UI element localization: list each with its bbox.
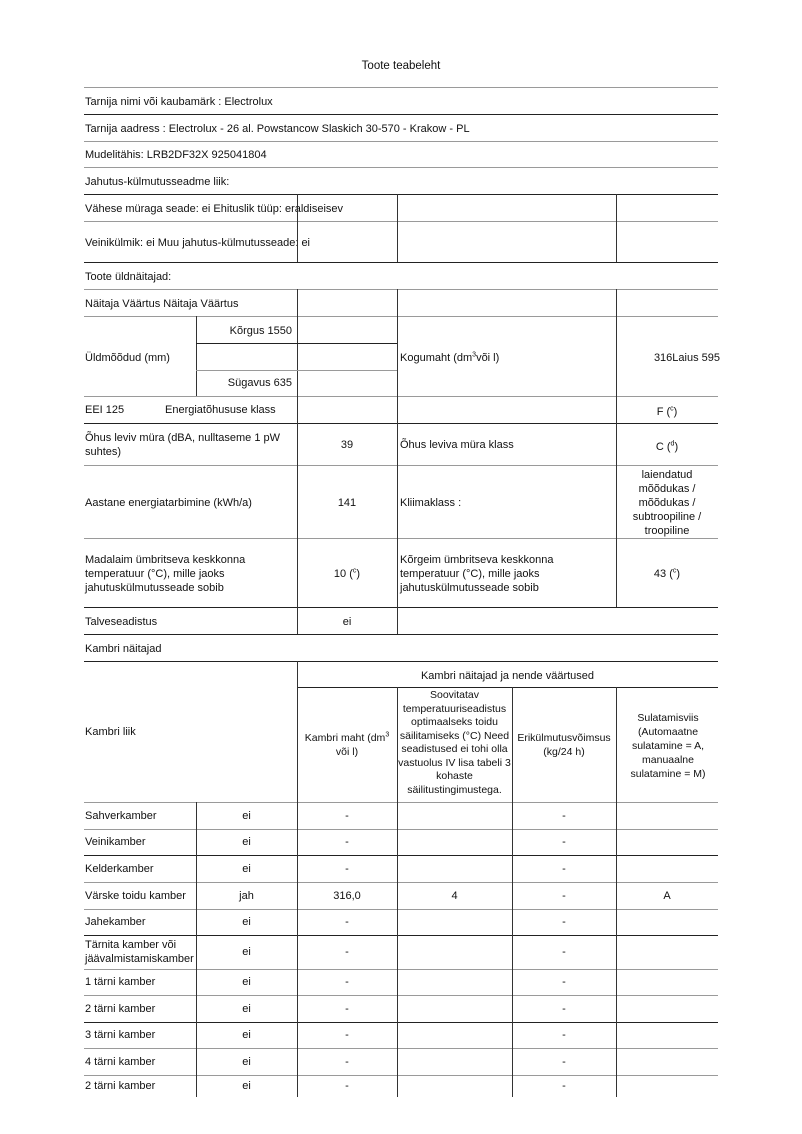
cell-name: 3 tärni kamber — [85, 1028, 195, 1042]
cell-freeze: - — [512, 975, 616, 989]
cell-present: ei — [196, 862, 297, 876]
cell-present: ei — [196, 915, 297, 929]
cell-volume: - — [297, 1055, 397, 1069]
cell-volume: 316,0 — [297, 889, 397, 903]
min-temp-value: 10 (c) — [297, 567, 397, 581]
cell-volume: - — [297, 835, 397, 849]
compartment-heading: Kambri näitajad — [85, 642, 161, 656]
cell-name: Tärnita kamber või jäävalmistamiskamber — [85, 938, 195, 966]
cell-volume: - — [297, 862, 397, 876]
cell-volume: - — [297, 1002, 397, 1016]
energy-class-label: Energiatõhususe klass — [165, 403, 276, 417]
cell-present: jah — [196, 889, 297, 903]
noise-class-label: Õhus leviva müra klass — [400, 438, 514, 452]
cell-freeze: - — [512, 809, 616, 823]
cell-volume: - — [297, 1079, 397, 1093]
cell-present: ei — [196, 1055, 297, 1069]
compartment-type-label: Kambri liik — [85, 725, 136, 739]
cell-freeze: - — [512, 1079, 616, 1093]
general-header-row: Näitaja Väärtus Näitaja Väärtus — [85, 297, 238, 311]
cell-name: 1 tärni kamber — [85, 975, 195, 989]
divider — [84, 538, 718, 539]
divider — [84, 661, 718, 662]
winter-value: ei — [297, 615, 397, 629]
cell-volume: - — [297, 975, 397, 989]
noise-value: 39 — [297, 438, 397, 452]
model-id: Mudelitähis: LRB2DF32X 925041804 — [85, 148, 267, 162]
col-freeze-header: Erikülmutusvõimsus (kg/24 h) — [512, 731, 616, 759]
dimensions-label: Üldmõõdud (mm) — [85, 351, 170, 365]
divider — [84, 262, 718, 263]
cell-freeze: - — [512, 1002, 616, 1016]
divider — [84, 141, 718, 142]
cell-volume: - — [297, 809, 397, 823]
min-temp-label: Madalaim ümbritseva keskkonna temperatuu… — [85, 553, 290, 595]
climate-class-label: Kliimaklass : — [400, 496, 461, 510]
cell-present: ei — [196, 1079, 297, 1093]
cell-name: Kelderkamber — [85, 862, 195, 876]
cell-name: 2 tärni kamber — [85, 1002, 195, 1016]
divider — [84, 316, 718, 317]
cell-freeze: - — [512, 915, 616, 929]
page-title: Toote teabeleht — [0, 60, 802, 72]
cell-freeze: - — [512, 1028, 616, 1042]
divider — [84, 396, 718, 397]
cell-freeze: - — [512, 889, 616, 903]
cell-freeze: - — [512, 835, 616, 849]
cell-name: Veinikamber — [85, 835, 195, 849]
height-value: Kõrgus 1550 — [200, 324, 292, 338]
divider — [84, 634, 718, 635]
cell-name: 2 tärni kamber — [85, 1079, 195, 1093]
cell-present: ei — [196, 835, 297, 849]
cell-present: ei — [196, 1028, 297, 1042]
divider — [84, 87, 718, 88]
cell-present: ei — [196, 975, 297, 989]
divider — [84, 802, 718, 803]
annual-energy-value: 141 — [297, 496, 397, 510]
cell-volume: - — [297, 915, 397, 929]
cell-name: 4 tärni kamber — [85, 1055, 195, 1069]
divider — [84, 289, 718, 290]
max-temp-value: 43 (c) — [616, 567, 718, 581]
cell-freeze: - — [512, 945, 616, 959]
type-row-1: Vähese müraga seade: ei Ehituslik tüüp: … — [85, 202, 343, 216]
cell-temp: 4 — [397, 889, 512, 903]
col-volume-header: Kambri maht (dm3 või l) — [297, 731, 397, 759]
total-volume-label: Kogumaht (dm3või l) — [400, 351, 499, 365]
cell-present: ei — [196, 809, 297, 823]
cell-name: Värske toidu kamber — [85, 889, 195, 903]
cell-freeze: - — [512, 862, 616, 876]
appliance-type-heading: Jahutus-külmutusseadme liik: — [85, 175, 229, 189]
depth-value: Sügavus 635 — [200, 376, 292, 390]
divider — [84, 167, 718, 168]
climate-class-value: laiendatud mõõdukas / mõõdukas / subtroo… — [618, 468, 716, 538]
type-row-2: Veinikülmik: ei Muu jahutus-külmutussead… — [85, 236, 310, 250]
total-volume-value: 316Laius 595 — [620, 351, 720, 365]
general-heading: Toote üldnäitajad: — [85, 270, 171, 284]
divider — [84, 221, 718, 222]
cell-present: ei — [196, 945, 297, 959]
divider — [84, 194, 718, 195]
energy-class-value: F (c) — [616, 405, 718, 419]
cell-defrost: A — [616, 889, 718, 903]
cell-freeze: - — [512, 1055, 616, 1069]
cell-volume: - — [297, 1028, 397, 1042]
max-temp-label: Kõrgeim ümbritseva keskkonna temperatuur… — [400, 553, 610, 595]
col-defrost-header: Sulatamisviis (Automaatne sulatamine = A… — [620, 711, 716, 781]
divider — [84, 465, 718, 466]
supplier-name: Tarnija nimi või kaubamärk : Electrolux — [85, 95, 273, 109]
winter-label: Talveseadistus — [85, 615, 157, 629]
cell-name: Jahekamber — [85, 915, 195, 929]
col-temp-header: Soovitatav temperatuuriseadistus optimaa… — [397, 689, 512, 797]
compartment-group-header: Kambri näitajad ja nende väärtused — [297, 669, 718, 683]
supplier-address: Tarnija aadress : Electrolux - 26 al. Po… — [85, 122, 470, 136]
divider — [84, 607, 718, 608]
annual-energy-label: Aastane energiatarbimine (kWh/a) — [85, 496, 252, 510]
divider — [84, 423, 718, 424]
divider — [84, 114, 718, 115]
eei-value: EEI 125 — [85, 403, 124, 417]
cell-name: Sahverkamber — [85, 809, 195, 823]
noise-label: Õhus leviv müra (dBA, nulltaseme 1 pW su… — [85, 431, 290, 459]
cell-volume: - — [297, 945, 397, 959]
noise-class-value: C (d) — [616, 440, 718, 454]
cell-present: ei — [196, 1002, 297, 1016]
